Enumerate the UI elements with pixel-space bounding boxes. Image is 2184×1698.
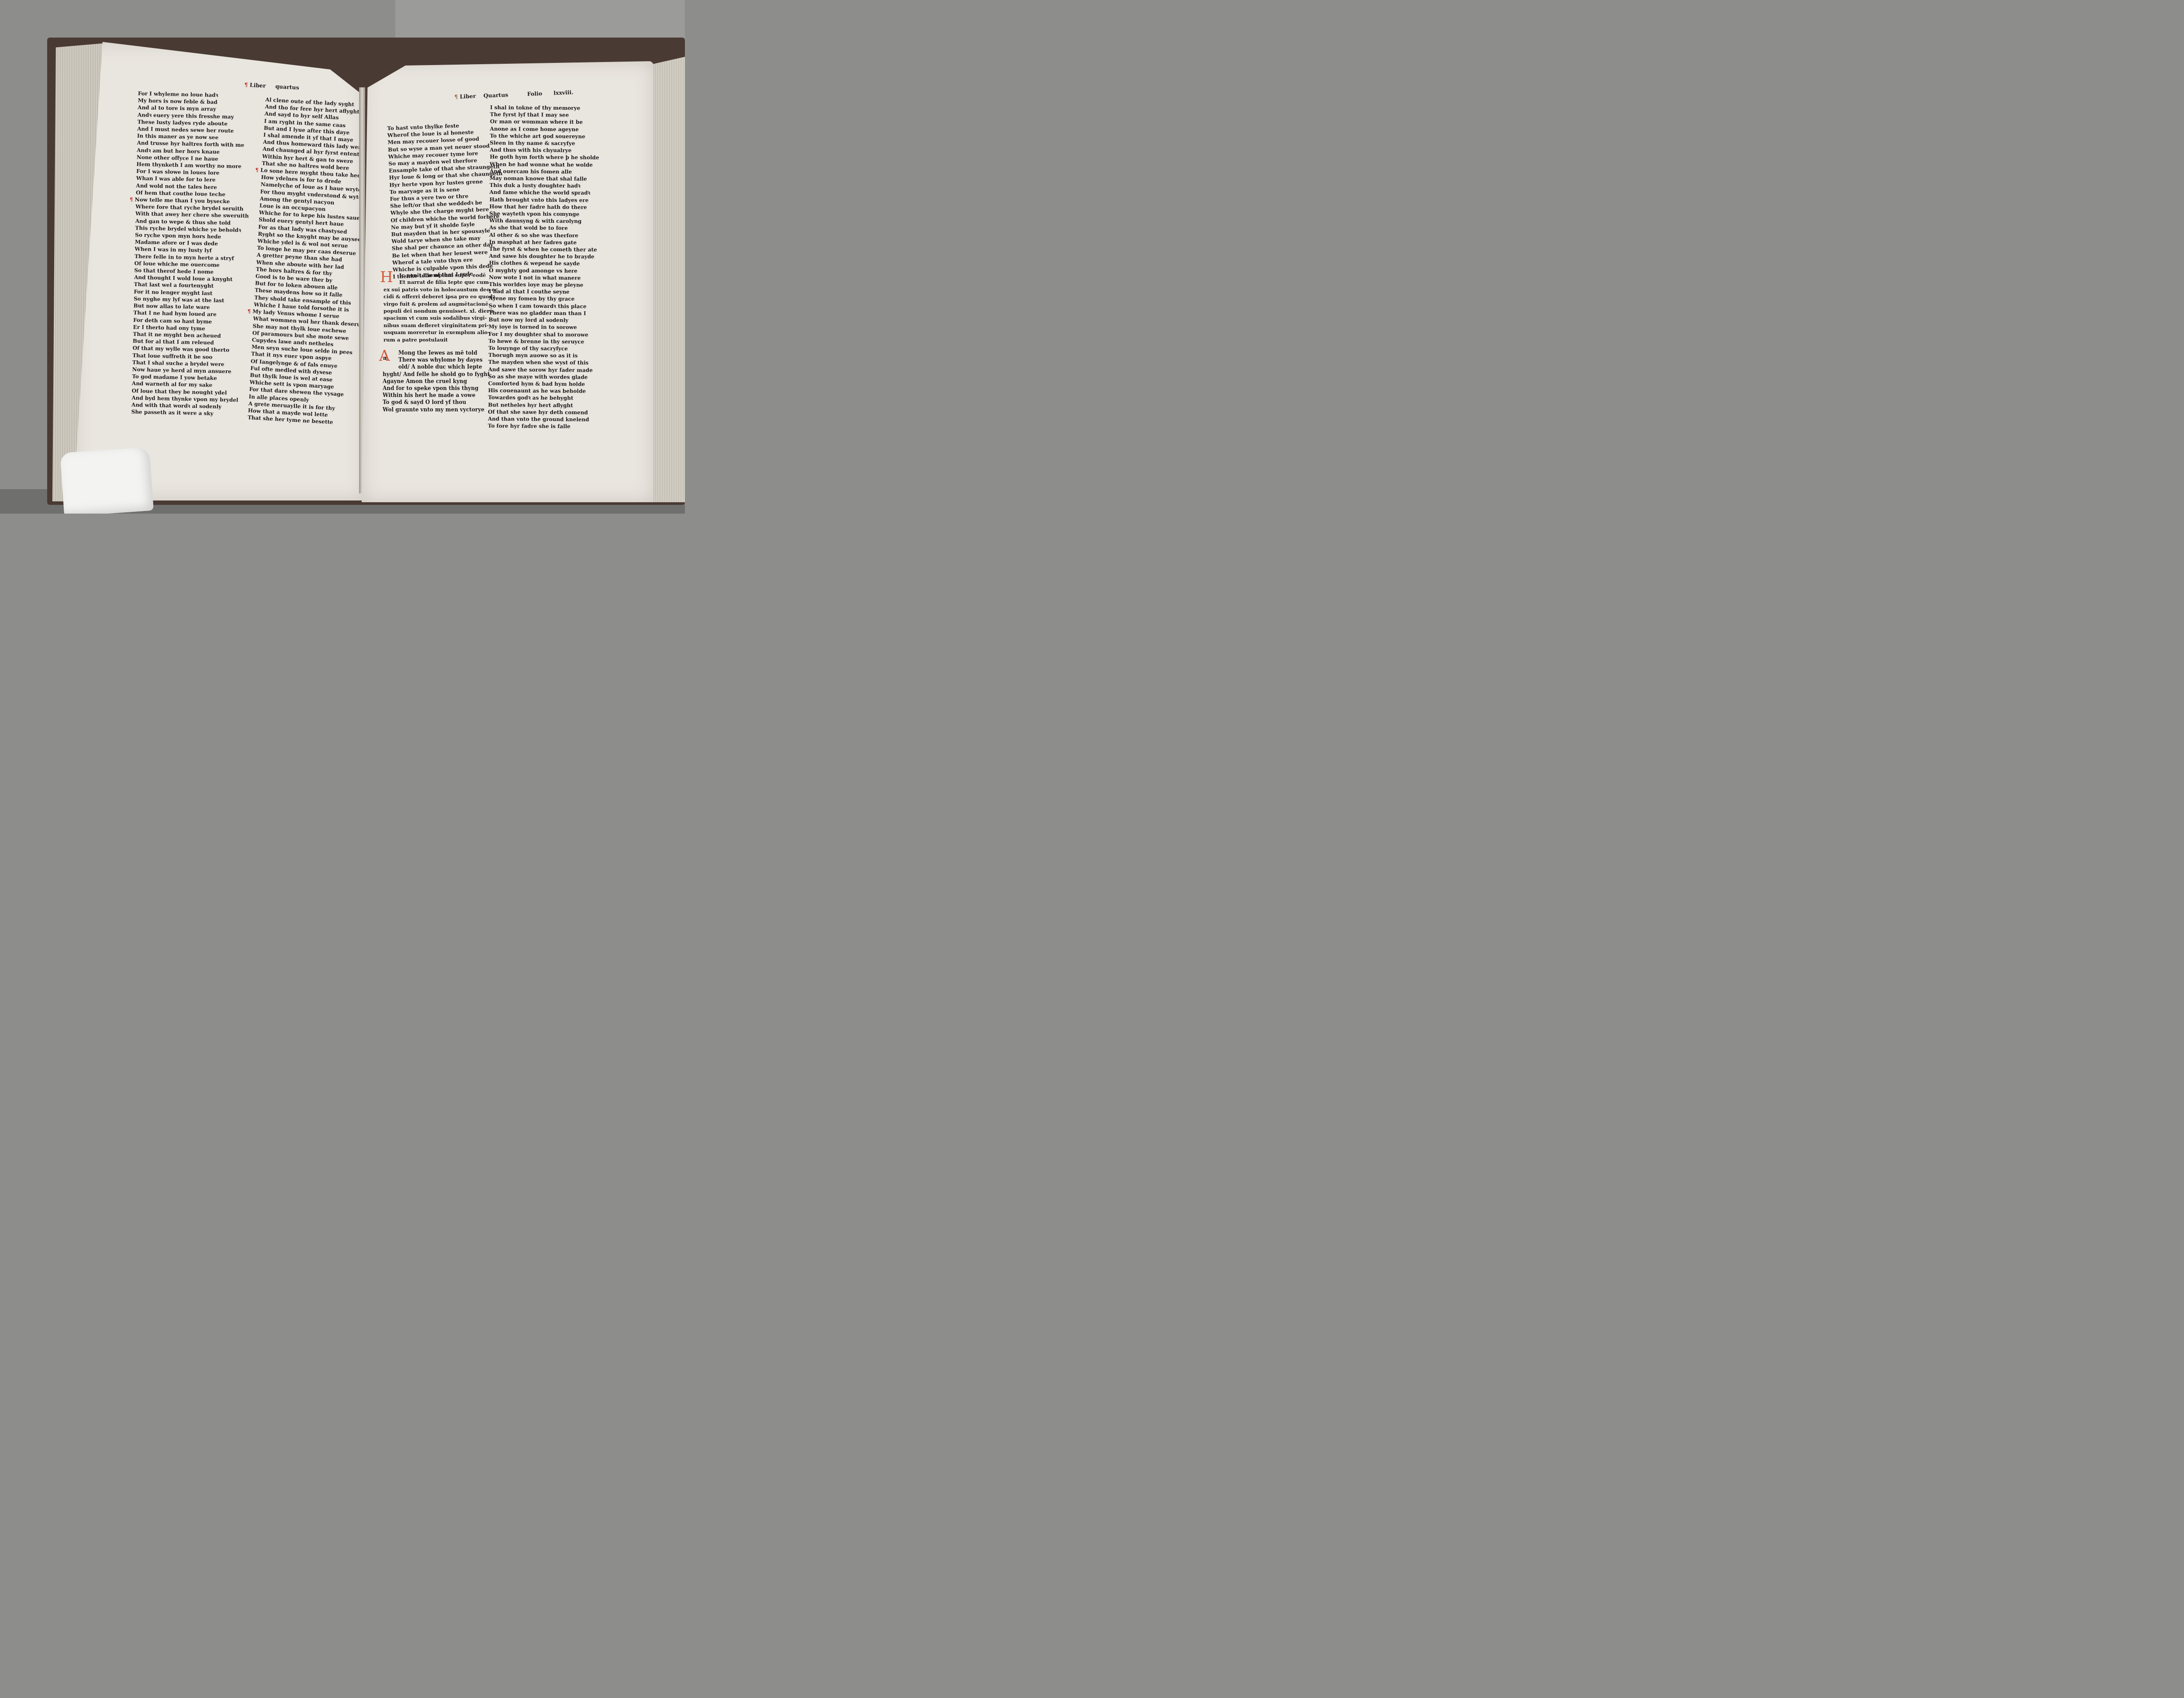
verse-line: He goth hym forth where þ he sholde — [490, 153, 599, 161]
verse-line: This worldes ioye may be pleyne — [489, 281, 598, 289]
verse-line: Mong the Iewes as mē told — [383, 349, 490, 356]
left-page-column-2: Al clene oute of the lady syghtAnd tho f… — [247, 96, 376, 427]
verse-line: I shal in tokne of thy memorye — [490, 104, 600, 112]
verse-line: cidi & offerri deberet ipsa pro eo quodꝛ — [384, 293, 498, 300]
pilcrow-mark: ¶ — [247, 308, 253, 315]
verse-line: I had al that I couthe seyne — [489, 288, 598, 296]
verse-line: ex sui patris voto in holocaustum deo oc — [384, 286, 498, 293]
verse-line: Al other & so she was therfore — [489, 231, 599, 239]
running-head-liber: Liber — [249, 82, 266, 89]
verse-line: The fyrst & when he cometh ther ate — [489, 245, 599, 253]
verse-line: virgo fuit & prolem ad augmētacionē — [384, 300, 498, 307]
verse-line: To god & sayd O lord yf thou — [383, 399, 490, 406]
verse-line: When he had wonne what he wolde — [490, 161, 599, 169]
verse-line: To louynge of thy sacryfyce — [488, 345, 598, 352]
verse-line: How that her fadre hath do there — [489, 203, 599, 211]
verse-line: But netheles hyr hert aflyght — [488, 401, 598, 409]
verse-line: Or man or womman where it be — [490, 118, 600, 126]
running-head-book: quartus — [275, 83, 299, 91]
verse-line: In masphat at her fadres gate — [489, 238, 599, 246]
verse-line: As she that wold be to fore — [489, 224, 599, 232]
tale-opening: Mong the Iewes as mē toldThere was whylo… — [383, 349, 490, 413]
verse-line: To the whiche art god souereyne — [490, 132, 599, 140]
verse-line: hyght/ And felle he shold go to fyght — [383, 371, 490, 378]
verse-line: spacium vt cum suis sodalibus virgi- — [384, 314, 498, 321]
verse-line: So when I cam towardꝛ this place — [489, 302, 598, 310]
verse-line: And sawe the sorow hyr fader made — [488, 366, 598, 374]
verse-line: Towardes godꝛ as he behyght — [488, 394, 598, 402]
verse-line: Thorugh myn auowe so as it is — [488, 352, 598, 359]
book-support-cushion — [60, 447, 154, 514]
verse-line: O myghty god amonge vs here — [489, 267, 598, 275]
pilcrow-mark: ¶ — [255, 167, 261, 173]
verse-line: Within his hert he made a vowe — [383, 392, 490, 399]
verse-line: And ouercam his fomen alle — [490, 168, 599, 176]
verse-line: There was no gladder man than I — [489, 309, 598, 317]
verse-line: And thus with his chyualrye — [490, 146, 599, 154]
verse-line: For I my doughter shal to morowe — [488, 330, 598, 338]
verse-line: And for to speke vpon this thyng — [383, 385, 490, 392]
verse-line: But now my lord al sodenly — [488, 316, 598, 324]
verse-line: The mayden when she wyst of this — [488, 359, 598, 366]
verse-line: His couenaunt as he was beholde — [488, 387, 598, 395]
verse-line: rum a patre postulauit — [384, 336, 498, 343]
verse-line: nibus suam defleret virginitatem pri- — [384, 322, 498, 329]
verse-line: There was whylome by dayes — [383, 356, 490, 363]
verse-line: Ayene my fomen by thy grace — [489, 295, 598, 303]
verse-line: To fore hyr fadre she is falle — [488, 422, 598, 430]
verse-line: populi dei nondum genuisset. xl. dierū — [384, 307, 498, 314]
right-page-column-1-verse: To hast vnto thylke festeWherof the loue… — [387, 121, 506, 280]
running-head-liber: Liber — [460, 93, 476, 100]
verse-line: And sawe his doughter he to brayde — [489, 252, 599, 260]
verse-line: Sleen in thy name & sacryfye — [490, 139, 599, 147]
verse-line: Et narrat de filia Iepte que cum — [384, 279, 498, 286]
verse-line: May noman knowe that shal falle — [490, 175, 599, 183]
verse-line: My ioye is torned in to sorowe — [488, 323, 598, 331]
verse-line: Ic ponit Exemplum super eodē — [384, 272, 498, 279]
verse-line: Agayne Amon the cruel kyng — [383, 378, 490, 385]
verse-line: So as she maye with wordes glade — [488, 373, 598, 381]
verse-line: With daunsyng & with carolyng — [489, 217, 599, 225]
pilcrow-mark: ¶ — [130, 197, 135, 203]
running-head-book: Quartus — [484, 91, 508, 99]
latin-gloss: Ic ponit Exemplum super eodēEt narrat de… — [384, 272, 498, 343]
verse-line: She wayteth vpon his comynge — [489, 210, 599, 218]
verse-line: old/ A noble duc which Iepte — [383, 363, 490, 370]
verse-line: Anone as I come home ageyne — [490, 125, 600, 133]
verse-line: usquam moreretur in exemplum alio- — [384, 329, 498, 336]
verse-line: Comforted hym & bad hym holde — [488, 380, 598, 388]
verse-line: And fame whiche the world spradꝛ — [490, 189, 599, 197]
verse-line: The fyrst lyf that I may see — [490, 111, 600, 119]
folio-label: Folio — [527, 90, 543, 97]
verse-line: To hewe & brenne in thy seruyce — [488, 338, 598, 345]
verse-line: And than vnto the ground knelend — [488, 415, 598, 423]
verse-line: His clothes & wepend he sayde — [489, 259, 598, 267]
right-page-column-2: I shal in tokne of thy memoryeThe fyrst … — [488, 104, 600, 430]
verse-line: Now wote I not in what manere — [489, 274, 598, 282]
verse-line: This duk a lusty doughter hadꝛ — [490, 182, 599, 190]
verse-line: Of that she sawe hyr deth comend — [488, 408, 598, 416]
verse-line: Wol graunte vnto my men vyctorye — [383, 406, 490, 413]
pilcrow-mark: ¶ — [454, 93, 458, 100]
folio-number: lxxviii. — [553, 89, 574, 97]
left-page-column-1: For I whyleme no loue hadꝛMy hors is now… — [131, 90, 251, 418]
verse-line: Hath brought vnto this ladyes ere — [489, 196, 599, 204]
pilcrow-mark: ¶ — [244, 81, 248, 88]
